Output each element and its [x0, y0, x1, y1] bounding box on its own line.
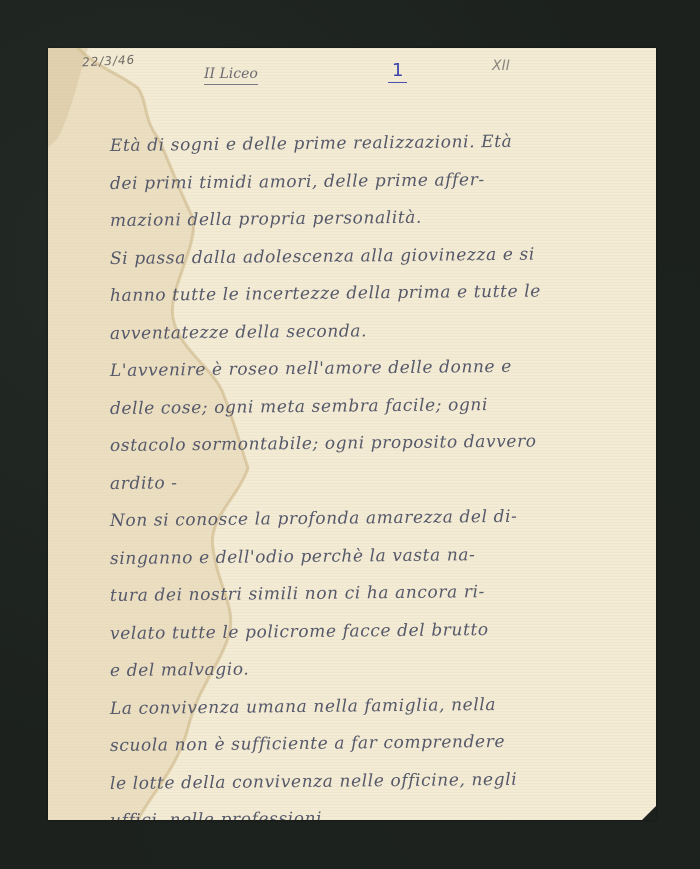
- text-line: ardito -: [110, 460, 636, 503]
- text-line: avventatezze della seconda.: [110, 310, 636, 353]
- text-line: hanno tutte le incertezze della prima e …: [110, 272, 636, 315]
- date-annotation: 22/3/46: [82, 53, 136, 70]
- manuscript-page: 22/3/46 II Liceo 1 XII Età di sogni e de…: [48, 48, 656, 820]
- text-line: mazioni della propria personalità.: [110, 197, 636, 240]
- handwritten-body: Età di sogni e delle prime realizzazioni…: [110, 128, 636, 820]
- page-number: 1: [388, 60, 407, 83]
- text-line: tura dei nostri simili non ci ha ancora …: [110, 572, 636, 615]
- roman-numeral-annotation: XII: [492, 58, 510, 74]
- class-title: II Liceo: [204, 66, 258, 85]
- text-line: L'avvenire è roseo nell'amore delle donn…: [110, 347, 636, 390]
- text-line: dei primi timidi amori, delle prime affe…: [110, 160, 636, 203]
- text-line: Non si conosce la profonda amarezza del …: [110, 497, 636, 540]
- text-line: Età di sogni e delle prime realizzazioni…: [110, 122, 636, 165]
- text-line: La convivenza umana nella famiglia, nell…: [110, 685, 636, 728]
- text-line: delle cose; ogni meta sembra facile; ogn…: [110, 385, 636, 428]
- text-line: scuola non è sufficiente a far comprende…: [110, 722, 636, 765]
- text-line: le lotte della convivenza nelle officine…: [110, 760, 636, 803]
- text-line: singanno e dell'odio perchè la vasta na-: [110, 535, 636, 578]
- text-line: Si passa dalla adolescenza alla giovinez…: [110, 235, 636, 278]
- torn-corner: [642, 806, 656, 820]
- text-line: ostacolo sormontabile; ogni proposito da…: [110, 422, 636, 465]
- text-line: e del malvagio.: [110, 647, 636, 690]
- text-line: velato tutte le policrome facce del brut…: [110, 610, 636, 653]
